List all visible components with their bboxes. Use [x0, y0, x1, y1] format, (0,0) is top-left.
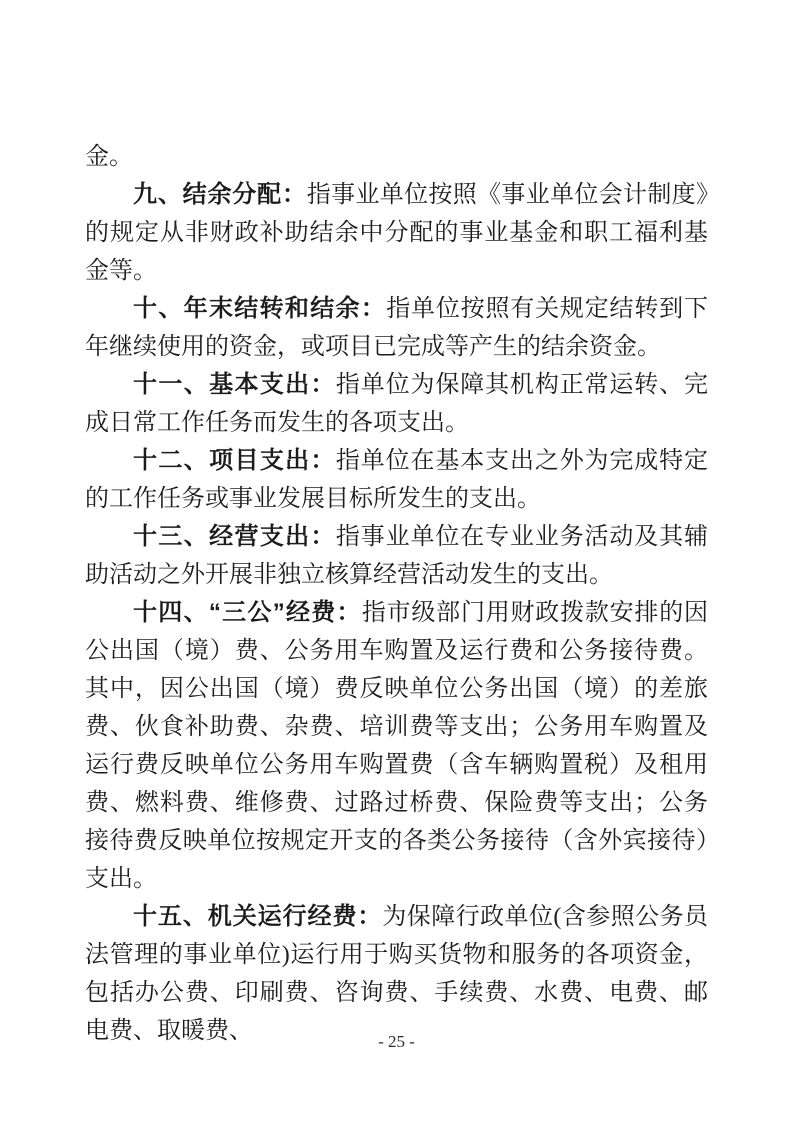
paragraph-item-14: 十四、“三公”经费：指市级部门用财政拨款安排的因公出国（境）费、公务用车购置及运… — [85, 594, 708, 898]
paragraph-term: 十三、经营支出： — [133, 523, 336, 550]
paragraph-continuation: 金。 — [85, 138, 708, 176]
paragraph-term: 十二、项目支出： — [133, 447, 336, 474]
paragraph-body: 金。 — [85, 144, 133, 170]
paragraph-item-15: 十五、机关运行经费：为保障行政单位(含参照公务员法管理的事业单位)运行用于购买货… — [85, 898, 708, 1050]
paragraph-item-11: 十一、基本支出：指单位为保障其机构正常运转、完成日常工作任务而发生的各项支出。 — [85, 366, 708, 442]
paragraph-term: 十五、机关运行经费： — [133, 903, 382, 930]
document-body: 金。 九、结余分配：指事业单位按照《事业单位会计制度》的规定从非财政补助结余中分… — [85, 138, 708, 1050]
paragraph-term: 十、年末结转和结余： — [133, 295, 386, 322]
paragraph-item-13: 十三、经营支出：指事业单位在专业业务活动及其辅助活动之外开展非独立核算经营活动发… — [85, 518, 708, 594]
paragraph-term: 十一、基本支出： — [133, 371, 336, 398]
paragraph-item-10: 十、年末结转和结余：指单位按照有关规定结转到下年继续使用的资金，或项目已完成等产… — [85, 290, 708, 366]
paragraph-term: 九、结余分配： — [133, 181, 307, 208]
document-page: 金。 九、结余分配：指事业单位按照《事业单位会计制度》的规定从非财政补助结余中分… — [0, 0, 793, 1122]
page-number: - 25 - — [0, 1032, 793, 1052]
paragraph-item-12: 十二、项目支出：指单位在基本支出之外为完成特定的工作任务或事业发展目标所发生的支… — [85, 442, 708, 518]
paragraph-term: 十四、“三公”经费： — [133, 599, 362, 626]
paragraph-body: 指市级部门用财政拨款安排的因公出国（境）费、公务用车购置及运行费和公务接待费。其… — [85, 600, 708, 892]
paragraph-item-9: 九、结余分配：指事业单位按照《事业单位会计制度》的规定从非财政补助结余中分配的事… — [85, 176, 708, 290]
